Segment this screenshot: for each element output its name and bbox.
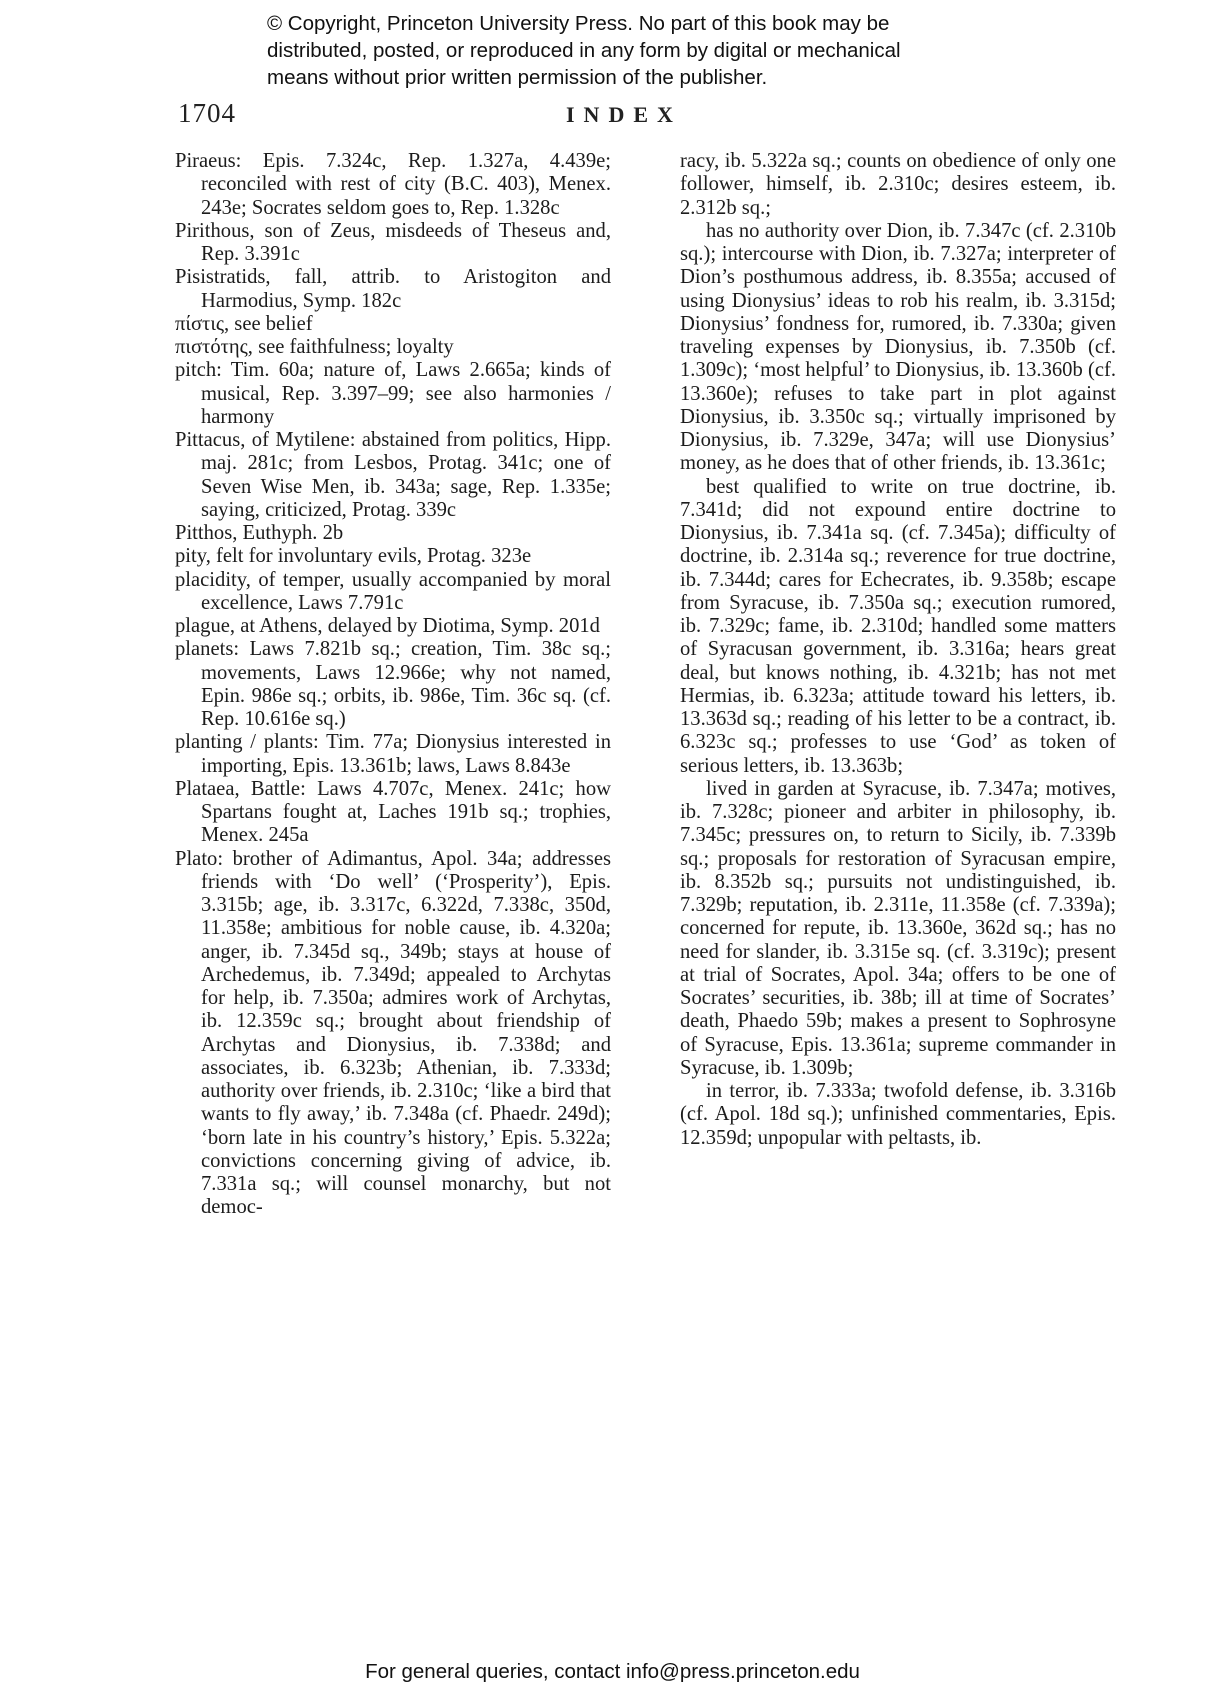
index-entry: Pirithous, son of Zeus, misdeeds of Thes… xyxy=(175,220,611,267)
copyright-notice: © Copyright, Princeton University Press.… xyxy=(267,10,987,91)
index-entry-continuation: best qualified to write on true doctrine… xyxy=(680,476,1116,778)
index-entry: planting / plants: Tim. 77a; Dionysius i… xyxy=(175,731,611,778)
running-head: 1704 INDEX xyxy=(178,98,1093,132)
index-entry: pitch: Tim. 60a; nature of, Laws 2.665a;… xyxy=(175,359,611,429)
footer-contact: For general queries, contact info@press.… xyxy=(0,1660,1225,1684)
index-entry: pity, felt for involuntary evils, Protag… xyxy=(175,545,611,568)
page-number: 1704 xyxy=(178,98,236,129)
index-entry: Pitthos, Euthyph. 2b xyxy=(175,522,611,545)
index-entry: πίστις, see belief xyxy=(175,313,611,336)
index-entry: placidity, of temper, usually accompanie… xyxy=(175,569,611,616)
section-title: INDEX xyxy=(566,102,682,128)
index-entry-continuation: lived in garden at Syracuse, ib. 7.347a;… xyxy=(680,778,1116,1080)
index-entry-continuation: racy, ib. 5.322a sq.; counts on obedienc… xyxy=(680,150,1116,220)
index-entry: Plato: brother of Adimantus, Apol. 34a; … xyxy=(175,848,611,1220)
index-entry: Piraeus: Epis. 7.324c, Rep. 1.327a, 4.43… xyxy=(175,150,611,220)
index-entry: Pittacus, of Mytilene: abstained from po… xyxy=(175,429,611,522)
index-column-right: racy, ib. 5.322a sq.; counts on obedienc… xyxy=(680,150,1116,1150)
copyright-line: distributed, posted, or reproduced in an… xyxy=(267,37,987,64)
copyright-line: means without prior written permission o… xyxy=(267,64,987,91)
index-entry: Pisistratids, fall, attrib. to Aristogit… xyxy=(175,266,611,313)
index-column-left: Piraeus: Epis. 7.324c, Rep. 1.327a, 4.43… xyxy=(175,150,611,1220)
index-entry: plague, at Athens, delayed by Diotima, S… xyxy=(175,615,611,638)
copyright-line: © Copyright, Princeton University Press.… xyxy=(267,10,987,37)
index-entry: πιστότης, see faithfulness; loyalty xyxy=(175,336,611,359)
index-entry-continuation: in terror, ib. 7.333a; twofold defense, … xyxy=(680,1080,1116,1150)
index-entry: Plataea, Battle: Laws 4.707c, Menex. 241… xyxy=(175,778,611,848)
index-entry-continuation: has no authority over Dion, ib. 7.347c (… xyxy=(680,220,1116,476)
index-entry: planets: Laws 7.821b sq.; creation, Tim.… xyxy=(175,638,611,731)
